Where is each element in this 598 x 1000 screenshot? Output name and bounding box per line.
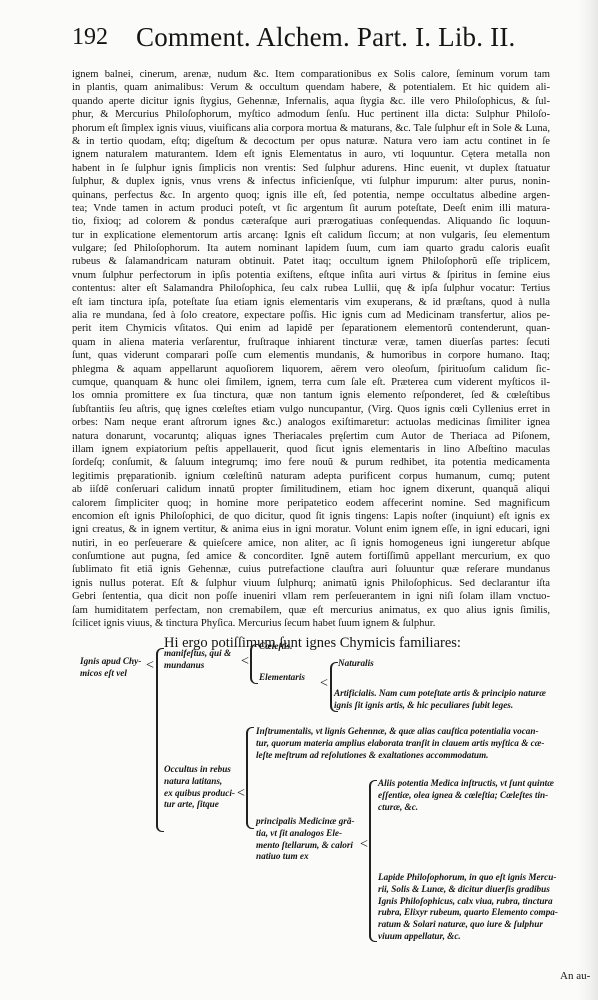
occultus-brace-tip: < [237, 787, 245, 801]
manifest-brace [250, 644, 258, 684]
text-line: los omnia promittere ex ſua tinctura, qu… [72, 389, 550, 402]
root-brace [156, 648, 164, 832]
text-line: vnum ſulphur perfectorum in ipſis potent… [72, 269, 550, 282]
text-line: phur, & Mercurius Philoſophorum, myſtico… [72, 108, 550, 121]
text-line: cumque, quanquam & hunc olei ſimilem, ig… [72, 376, 550, 389]
text-line: encomion eſt ignis Philoſophici, de quo … [72, 510, 550, 523]
text-line: vulgare; ſed Philoſophorum. Ita autem no… [72, 242, 550, 255]
aliis-label: Aliis potentia Medica inſtructis, vt ſun… [378, 778, 554, 813]
body-text: ignem balnei, cinerum, arenæ, nudum &c. … [72, 68, 550, 630]
text-line: tea; Vnde tamen in actum produci poteſt,… [72, 202, 550, 215]
principalis-label: principalis Medicinæ grã- tia, vt ſit an… [256, 816, 355, 863]
text-line: ſcilicet ignis viuus, & tinctura Phyſica… [72, 617, 550, 630]
text-line: contentus: alter eſt Salamandra Philoſop… [72, 282, 550, 295]
text-line: conſumtione aut pugna, ſed amice & conco… [72, 550, 550, 563]
artificialis-label: Artificialis. Nam cum poteſtate artis & … [334, 688, 546, 712]
text-line: Gebri ſententia, qua dicit non poſſe inu… [72, 590, 550, 603]
text-line: quando aperte dicitur ignis ſtygius, Geh… [72, 95, 550, 108]
page-number: 192 [72, 24, 108, 51]
text-line: & in tertio quodam, eſtq; digeſtum & dec… [72, 135, 550, 148]
principalis-brace [369, 780, 377, 942]
text-line: perit item Chymicis vſitatos. Qui enim a… [72, 322, 550, 335]
page-edge-shadow [578, 0, 598, 1000]
manifest-label: manifeſtus, qui & mundanus [164, 648, 231, 672]
elementaris-label: Elementaris [259, 672, 305, 684]
text-line: tur in explicatione elementorum artis ar… [72, 229, 550, 242]
text-line: orbes: Nam neque erant aſtrorum ignes &c… [72, 416, 550, 429]
text-line: ignis nullus poterat. Eſt & ſulphur viuu… [72, 577, 550, 590]
text-line: ignem balnei, cinerum, arenæ, nudum &c. … [72, 68, 550, 81]
occultus-label: Occultus in rebus natura latitans, ex qu… [164, 764, 235, 811]
text-line: ſubſtantiis ſeu aſtris, quę ignes cœleſt… [72, 403, 550, 416]
text-line: tio, fixioq; ad colorem & pondus cæteraſ… [72, 215, 550, 228]
page-header: 192 Comment. Alchem. Part. I. Lib. II. [72, 22, 552, 62]
text-line: ſulphur, & duplex ignis, vnus vrens & in… [72, 175, 550, 188]
text-line: ſublimato fit etiã ignis Gehennæ, cuius … [72, 563, 550, 576]
text-line: calorem ſimpliciter quoq; in homine more… [72, 497, 550, 510]
text-line: natura donarunt, vocaruntq; aliquas igne… [72, 430, 550, 443]
caelestis-label: Cœleſtis. [259, 641, 292, 653]
instrumentalis-label: Inſtrumentalis, vt lignis Gehennæ, & quæ… [256, 726, 544, 761]
text-line: phlegma & aquam appellarunt aquoſiorem l… [72, 363, 550, 376]
text-line: ignem naturalem maturantem. Idem eſt ign… [72, 148, 550, 161]
text-line: habent in ſe ſulphur ignis ſimplicis non… [72, 162, 550, 175]
text-line: eſt iam tinctura ipſa, poteſtate ſua eti… [72, 296, 550, 309]
text-line: ſam humiditatem perfectam, non cremabile… [72, 604, 550, 617]
text-line: legitimis pręparationib. ignium cœleſtin… [72, 470, 550, 483]
text-line: quinans, perfectus &c. In argento quoq; … [72, 189, 550, 202]
text-line: ſunt, quas viderunt comparari poſſe cum … [72, 349, 550, 362]
text-line: illam ignem expiatorium peſtis appellaue… [72, 443, 550, 456]
book-page: 192 Comment. Alchem. Part. I. Lib. II. i… [0, 0, 598, 1000]
principalis-brace-tip: < [360, 838, 368, 852]
text-line: in plantis, quam animalibus: Verum & occ… [72, 81, 550, 94]
text-line: igni creatus, & in ignem vertitur, & ani… [72, 523, 550, 536]
text-line: rubeus & ſalamandricam naturam obtinuit.… [72, 255, 550, 268]
manifest-brace-tip: < [241, 655, 249, 669]
text-line: ſordeſq; conſumit, & ſaluum integrumq; i… [72, 456, 550, 469]
elementaris-brace-tip: < [320, 677, 328, 691]
naturalis-label: Naturalis [338, 658, 374, 670]
text-line: quam in aliena materia verſarentur, fruſ… [72, 336, 550, 349]
occultus-brace [246, 727, 254, 829]
text-line: phorum eſt ſimplex ignis viuus, viuifica… [72, 122, 550, 135]
text-line: ab iiſdẽ conſeruari calidum innatũ propt… [72, 483, 550, 496]
catchword: An au- [560, 970, 590, 982]
root-brace-tip: < [146, 659, 154, 673]
lapide-label: Lapide Philoſophorum, in quo eſt ignis M… [378, 872, 558, 943]
running-title: Comment. Alchem. Part. I. Lib. II. [136, 22, 516, 53]
text-line: nutiri, in eo perſeuerare & quieſcere am… [72, 537, 550, 550]
text-line: alia re mundana, ſed à ſolo creatore, ex… [72, 309, 550, 322]
diagram-root-label: Ignis apud Chy- micos eſt vel [80, 656, 141, 680]
